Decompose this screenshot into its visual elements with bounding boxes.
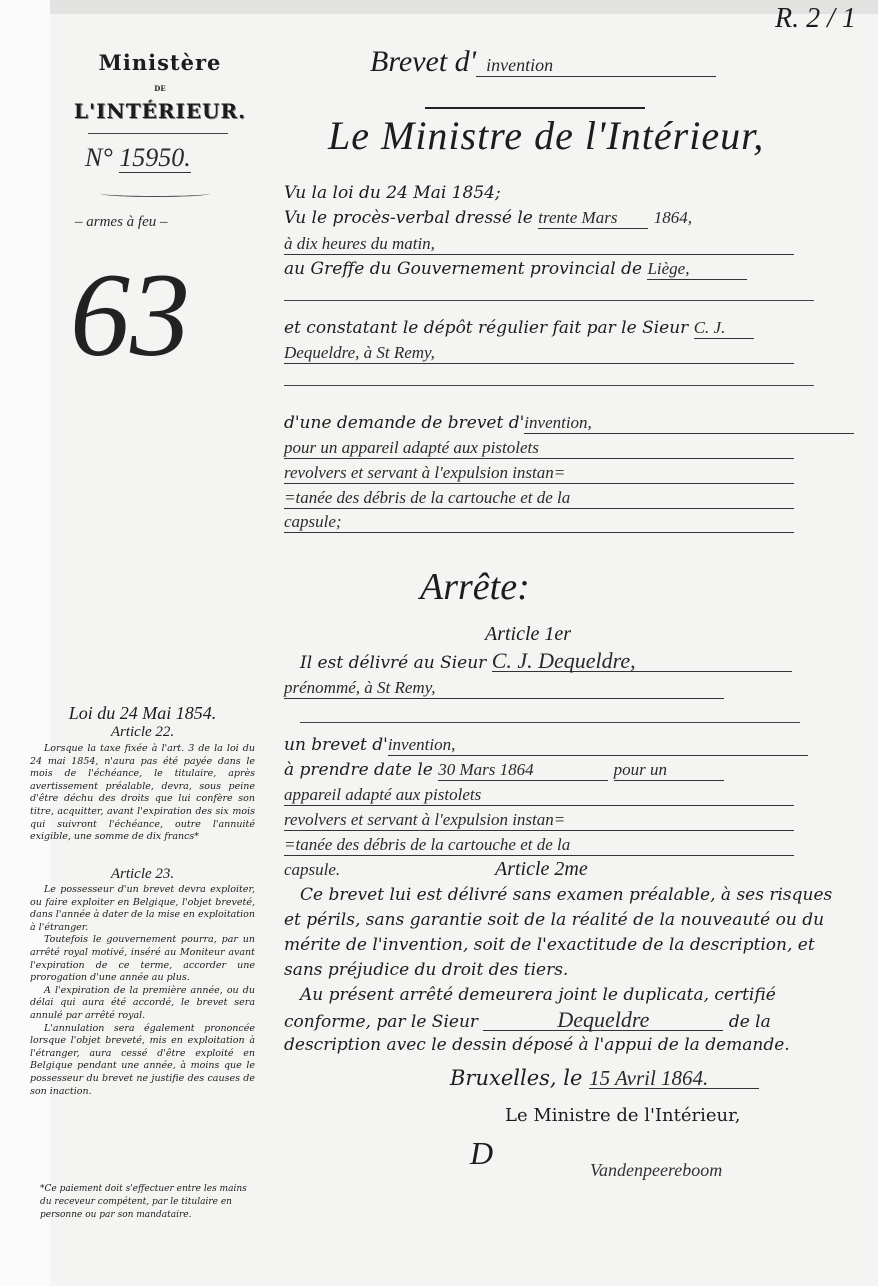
object-line: =tanée des débris de la cartouche et de … <box>284 835 814 856</box>
ornament-flourish <box>100 190 210 197</box>
object-line: revolvers et servant à l'expulsion insta… <box>284 463 814 484</box>
preamble-line-3: à dix heures du matin, <box>284 234 814 255</box>
header-rule <box>425 107 645 109</box>
blank-rule <box>284 385 814 386</box>
brevet-type: invention <box>476 55 716 77</box>
object-line: =tanée des débris de la cartouche et de … <box>284 488 814 509</box>
grantee-name: C. J. Dequeldre, <box>492 651 792 672</box>
procès-verbal-date: trente Mars <box>538 208 648 229</box>
preamble-line-6: Dequeldre, à St Remy, <box>284 343 814 364</box>
brevet-title: Brevet d'invention <box>370 45 716 79</box>
article-22-text: Lorsque la taxe fixée à l'art. 3 de la l… <box>30 743 255 844</box>
number-value: 15950. <box>119 143 191 173</box>
signature-initial: D <box>470 1135 493 1172</box>
object-line: appareil adapté aux pistolets <box>284 785 814 806</box>
application-type: invention, <box>524 413 854 434</box>
article-2-line: Ce brevet lui est délivré sans examen pr… <box>300 885 830 905</box>
registration-number: N° 15950. <box>85 143 240 173</box>
article-1-line-4: à prendre date le 30 Mars 1864 pour un <box>284 760 814 781</box>
article-2-line: Au présent arrêté demeurera joint le dup… <box>300 985 830 1005</box>
certifying-party: Dequeldre <box>483 1010 723 1031</box>
applicant-initials: C. J. <box>694 318 754 339</box>
preamble-line-1: Vu la loi du 24 Mai 1854; <box>284 183 814 203</box>
article-2-line: conforme, par le Sieur Dequeldre de la <box>284 1010 814 1032</box>
issue-date: 15 Avril 1864. <box>589 1068 759 1089</box>
signature-title: Le Ministre de l'Intérieur, <box>505 1105 740 1126</box>
margin-number: 63 <box>70 255 190 375</box>
article-1-heading: Article 1er <box>485 623 571 646</box>
minister-heading: Le Ministre de l'Intérieur, <box>328 112 764 159</box>
preamble-line-4: au Greffe du Gouvernement provincial de … <box>284 259 814 280</box>
category-note: – armes à feu – <box>75 214 275 231</box>
object-line: revolvers et servant à l'expulsion insta… <box>284 810 814 831</box>
blank-rule <box>284 300 814 301</box>
article-2-line: mérite de l'invention, soit de l'exactit… <box>284 935 814 955</box>
article-2-heading: Article 2me <box>495 858 588 881</box>
preamble-line-2: Vu le procès-verbal dressé le trente Mar… <box>284 208 814 229</box>
article-1-line-3: un brevet d'invention, <box>284 735 814 756</box>
footnote: *Ce paiement doit s'effectuer entre les … <box>40 1183 260 1222</box>
applicant-name: Dequeldre, à St Remy, <box>284 343 794 364</box>
ministry-name: L'INTÉRIEUR. <box>60 99 260 123</box>
scan-top-edge <box>0 0 878 14</box>
blank-rule <box>300 722 800 723</box>
article-23-text: Le possesseur d'un brevet devra exploite… <box>30 884 255 1098</box>
ornament-rule <box>88 133 228 134</box>
place-date: Bruxelles, le 15 Avril 1864. <box>450 1068 878 1089</box>
article-23-heading: Article 23. <box>30 866 255 883</box>
ministry-de: DE <box>60 84 260 93</box>
object-line: capsule; <box>284 512 814 533</box>
article-2-line: sans préjudice du droit des tiers. <box>284 960 814 980</box>
grant-date: 30 Mars 1864 <box>438 760 608 781</box>
article-2-line: et périls, sans garantie soit de la réal… <box>284 910 814 930</box>
article-22-heading: Article 22. <box>30 724 255 741</box>
preamble-line-7: d'une demande de brevet d'invention, <box>284 413 814 434</box>
brevet-kind: invention, <box>388 735 808 756</box>
minister-signature: Vandenpeereboom <box>590 1160 722 1181</box>
corner-marks: R. 2 / 1 <box>775 5 856 33</box>
article-2-line: description avec le dessin déposé à l'ap… <box>284 1035 814 1055</box>
object-line: pour un appareil adapté aux pistolets <box>284 438 814 459</box>
article-1-line-1: Il est délivré au Sieur C. J. Dequeldre, <box>300 651 830 673</box>
law-sidebar-title: Loi du 24 Mai 1854. <box>30 703 255 724</box>
number-label: N° <box>85 143 113 172</box>
province: Liège, <box>647 259 747 280</box>
arrete-heading: Arrête: <box>420 565 530 609</box>
ministry-title: Ministère <box>60 50 260 75</box>
article-1-line-2: prénommé, à St Remy, <box>284 678 814 699</box>
preamble-line-5: et constatant le dépôt régulier fait par… <box>284 318 814 339</box>
